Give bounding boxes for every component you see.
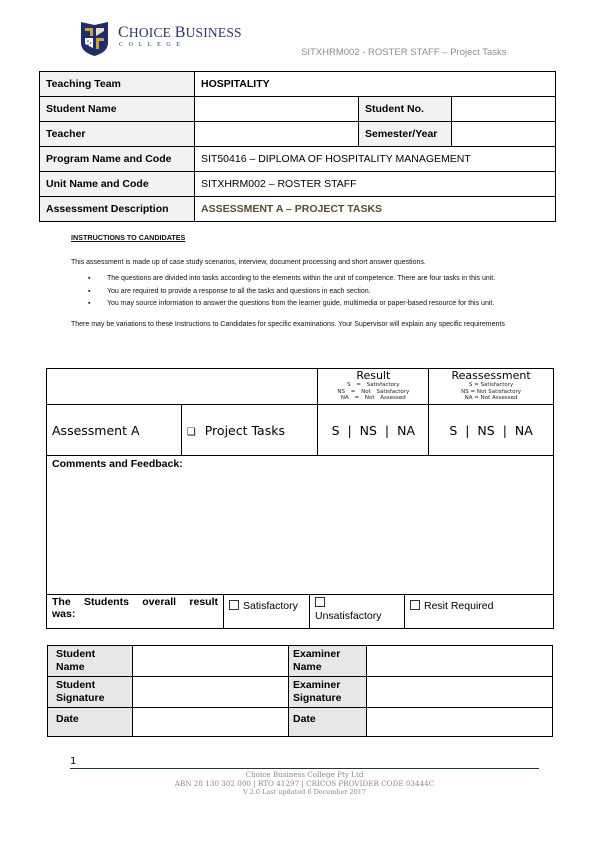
unsatisfactory-option[interactable]: Unsatisfactory [310,595,405,629]
checkbox-icon[interactable] [410,600,420,610]
result-title: Result [318,370,428,382]
overall-result-table: The Students overall result was: Satisfa… [46,594,554,629]
overall-label-line2: was: [52,608,218,620]
resit-required-label: Resit Required [424,600,493,612]
signature-table: Student Name Examiner Name Student Signa… [47,645,553,737]
satisfactory-option[interactable]: Satisfactory [224,595,310,629]
logo-name: CHOICE BUSINESS [118,24,242,42]
examiner-name-label: Examiner Name [289,646,367,677]
semester-label: Semester/Year [359,122,452,147]
student-name-sig-field[interactable] [133,646,289,677]
student-signature-field[interactable] [133,677,289,708]
student-name-field[interactable] [195,97,359,122]
assessment-description-value: ASSESSMENT A – PROJECT TASKS [195,197,556,222]
reassessment-legend-na: NA = Not Assessed [429,395,553,402]
footer-registration: ABN 28 130 302 000 | RTO 41297 | CRICOS … [70,779,539,788]
satisfactory-label: Satisfactory [243,600,298,612]
student-name-label: Student Name [40,97,195,122]
comments-feedback-field[interactable]: Comments and Feedback: [47,456,554,595]
page-number: 1 [70,756,76,767]
student-date-field[interactable] [133,708,289,737]
comments-label: Comments and Feedback: [52,458,183,470]
semester-field[interactable] [452,122,556,147]
task-name: Project Tasks [205,423,285,438]
result-options[interactable]: S | NS | NA [318,405,429,456]
examiner-date-label: Date [289,708,367,737]
footer-company: Choice Business College Pty Ltd [70,770,539,779]
student-name-sig-label: Student Name [48,646,133,677]
logo-subtitle: COLLEGE [119,42,186,48]
instruction-item: You may source information to answer the… [107,300,539,309]
teacher-label: Teacher [40,122,195,147]
footer-version: V 2.0 Last updated 6 December 2017 [70,788,539,797]
footer-divider [70,768,539,769]
assessment-name: Assessment A [47,405,182,456]
student-date-label: Date [48,708,133,737]
instructions-intro: This assessment is made up of case study… [71,258,539,267]
unit-label: Unit Name and Code [40,172,195,197]
unsatisfactory-label: Unsatisfactory [315,610,382,622]
document-header-title: SITXHRM002 - ROSTER STAFF – Project Task… [301,47,507,58]
instructions-outro: There may be variations to these Instruc… [71,320,539,329]
examiner-signature-field[interactable] [367,677,553,708]
checkbox-icon[interactable]: ❑ [187,427,196,438]
student-signature-label: Student Signature [48,677,133,708]
assessment-description-label: Assessment Description [40,197,195,222]
results-table: Result S = Satisfactory NS = Not Satisfa… [46,368,554,595]
result-legend-na: NA = Not Assessed [318,395,428,402]
examiner-name-field[interactable] [367,646,553,677]
resit-required-option[interactable]: Resit Required [405,595,554,629]
instructions-list: The questions are divided into tasks acc… [71,275,539,309]
checkbox-icon[interactable] [315,597,325,607]
shield-book-icon [80,19,109,57]
reassessment-options[interactable]: S | NS | NA [429,405,554,456]
teaching-team-label: Teaching Team [40,72,195,97]
project-tasks-cell[interactable]: ❑Project Tasks [181,405,318,456]
examiner-date-field[interactable] [367,708,553,737]
instruction-item: The questions are divided into tasks acc… [107,275,539,284]
results-header-blank [47,369,318,405]
overall-result-label: The Students overall result was: [47,595,224,629]
result-header: Result S = Satisfactory NS = Not Satisfa… [318,369,429,405]
unit-value: SITXHRM002 – ROSTER STAFF [195,172,556,197]
student-no-field[interactable] [452,97,556,122]
examiner-signature-label: Examiner Signature [289,677,367,708]
assessment-info-table: Teaching Team HOSPITALITY Student Name S… [39,71,556,222]
teacher-field[interactable] [195,122,359,147]
instructions-title: INSTRUCTIONS TO CANDIDATES [71,233,539,242]
student-no-label: Student No. [359,97,452,122]
reassessment-header: Reassessment S = Satisfactory NS = Not S… [429,369,554,405]
college-logo: CHOICE BUSINESS COLLEGE [80,19,225,59]
teaching-team-value[interactable]: HOSPITALITY [195,72,556,97]
instruction-item: You are required to provide a response t… [107,288,539,297]
overall-label-line1: The Students overall result [52,596,218,608]
reassessment-title: Reassessment [429,370,553,382]
instructions-section: INSTRUCTIONS TO CANDIDATES This assessme… [71,233,539,329]
checkbox-icon[interactable] [229,600,239,610]
program-label: Program Name and Code [40,147,195,172]
footer: Choice Business College Pty Ltd ABN 28 1… [70,770,539,797]
program-value: SIT50416 – DIPLOMA OF HOSPITALITY MANAGE… [195,147,556,172]
